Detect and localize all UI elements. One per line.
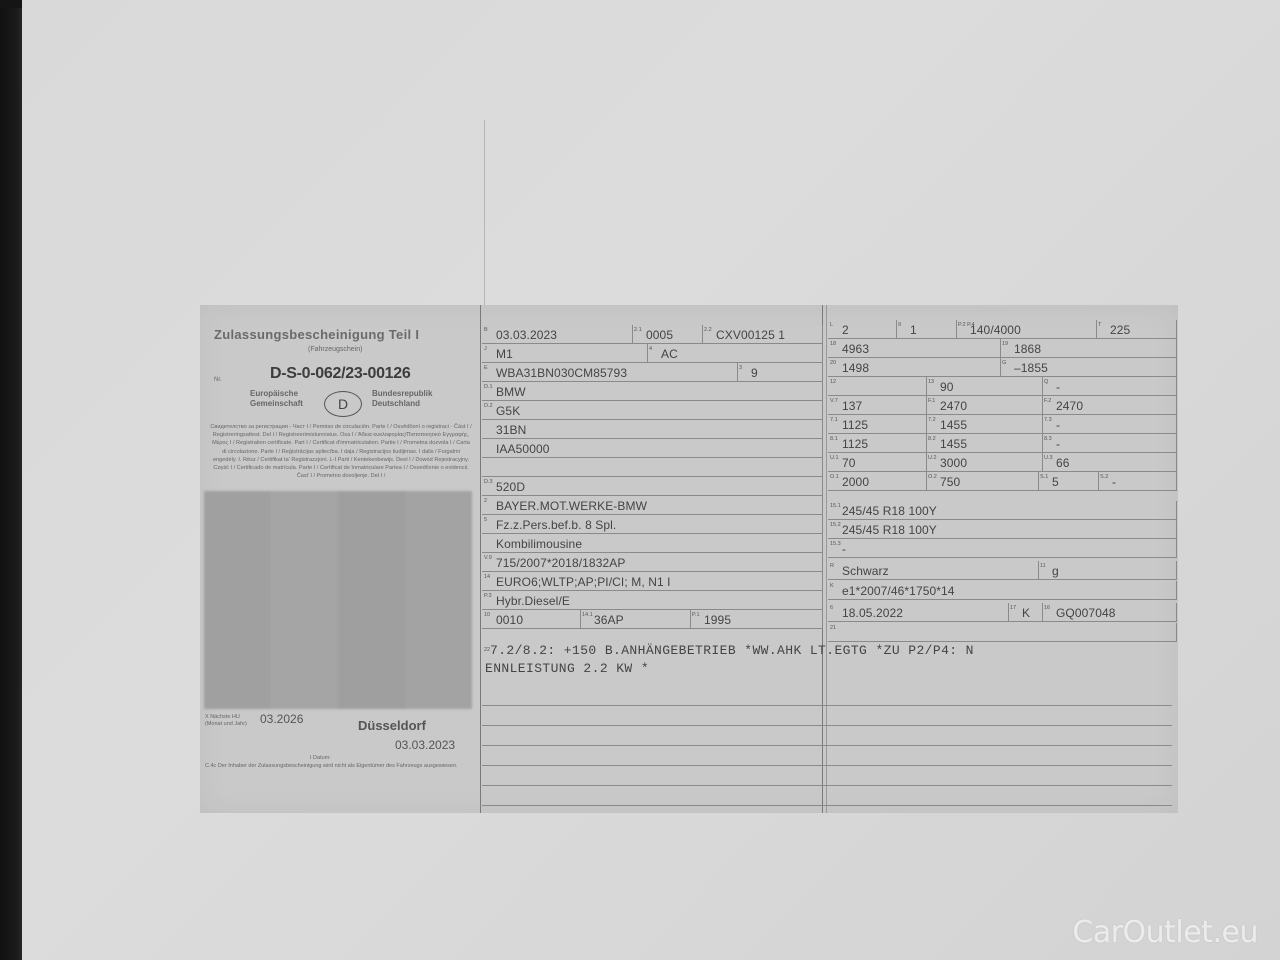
- empty-ruled-line: [482, 687, 1172, 706]
- registration-certificate: Zulassungsbescheinigung Teil I (Fahrzeug…: [200, 305, 1178, 813]
- field-code: 6: [830, 605, 833, 611]
- field-value: 1455: [940, 437, 967, 451]
- field-code: 2.2: [704, 327, 712, 333]
- field-value: 520D: [496, 480, 525, 494]
- field-z1: 2.10005: [632, 325, 703, 344]
- field-value: 66: [1056, 456, 1070, 470]
- field-o2: O.2750: [926, 472, 1039, 491]
- field-code: 15.2: [830, 522, 841, 528]
- field-value: g: [1052, 564, 1059, 578]
- field-code: T: [1098, 322, 1101, 328]
- field-code: F.1: [928, 398, 935, 404]
- field-f18: 184963: [828, 339, 1001, 358]
- field-f12: 12: [828, 377, 927, 396]
- field-value: BMW: [496, 385, 526, 399]
- field-f153: 15.3-: [828, 539, 1177, 558]
- field-code: 8.2: [928, 436, 936, 442]
- field-value: 2000: [842, 475, 869, 489]
- field-value: M1: [496, 347, 513, 361]
- field-value: –1855: [1014, 361, 1048, 375]
- field-f73: 7.3-: [1042, 415, 1177, 434]
- field-code: V.9: [484, 555, 492, 561]
- field-f19: 191868: [1000, 339, 1177, 358]
- field-code: V.7: [830, 398, 838, 404]
- field-f10: 100010: [482, 610, 581, 629]
- field-code: 2: [484, 498, 487, 504]
- field-z2: 2.2CXV00125 1: [702, 325, 823, 344]
- field-f21: 21: [828, 623, 1177, 642]
- field-value: 2470: [940, 399, 967, 413]
- field-code: 5: [484, 517, 487, 523]
- field-f20: 201498: [828, 358, 1001, 377]
- field-value: Kombilimousine: [496, 537, 582, 551]
- certificate-subtitle: (Fahrzeugschein): [308, 346, 362, 353]
- field-d1: D.1BMW: [482, 382, 823, 401]
- country-code-oval: D: [324, 391, 362, 417]
- field-code: 8.1: [830, 436, 838, 442]
- field-code: O.1: [830, 474, 839, 480]
- field-22-line2: ENNLEISTUNG 2.2 KW *: [485, 661, 649, 676]
- field-p24: P.2 P.4140/4000: [956, 320, 1097, 339]
- field-code: R: [830, 563, 834, 569]
- eu-label: Europäische Gemeinschaft: [250, 389, 320, 409]
- field-code: Q: [1044, 379, 1048, 385]
- issue-date: 03.03.2023: [395, 738, 455, 752]
- datum-label: I Datum:: [310, 755, 331, 761]
- field-code: 4: [649, 346, 652, 352]
- field-code: 21: [830, 625, 836, 631]
- empty-ruled-line: [482, 727, 1172, 746]
- field-f5b: Kombilimousine: [482, 534, 823, 553]
- field-k: Ke1*2007/46*1750*14: [828, 581, 1177, 600]
- field-value: 4963: [842, 342, 869, 356]
- field-value: 9: [751, 366, 758, 380]
- field-b: B03.03.2023: [482, 325, 633, 344]
- certificate-number: D-S-0-062/23-00126: [270, 365, 410, 383]
- redacted-area: [204, 491, 472, 709]
- field-code: J: [484, 346, 487, 352]
- field-value: G5K: [496, 404, 520, 418]
- paper-fold-line: [484, 120, 485, 310]
- field-s1: S.15: [1038, 472, 1099, 491]
- field-v9: V.9715/2007*2018/1832AP: [482, 553, 823, 572]
- certificate-header-panel: Zulassungsbescheinigung Teil I (Fahrzeug…: [200, 305, 472, 813]
- field-value: 1995: [704, 613, 731, 627]
- field-code: F.2: [1044, 398, 1051, 404]
- field-f17: 17K: [1008, 603, 1043, 622]
- multilingual-text: Свидетелство за регистрация - Част I / P…: [210, 423, 472, 480]
- field-f5a: 5Fz.z.Pers.bef.b. 8 Spl.: [482, 515, 823, 534]
- owner-note: C.4c Der Inhaber der Zulassungsbescheini…: [205, 763, 465, 771]
- field-value: 1498: [842, 361, 869, 375]
- field-value: 715/2007*2018/1832AP: [496, 556, 625, 570]
- field-code: 9: [898, 322, 901, 328]
- field-f83: 8.3-: [1042, 434, 1177, 453]
- field-code: 7.1: [830, 417, 838, 423]
- field-code: 11: [1040, 563, 1046, 569]
- next-inspection-label: X Nächste HU (Monat und Jahr): [205, 714, 257, 728]
- field-value: 5: [1052, 475, 1059, 489]
- field-r: RSchwarz: [828, 561, 1039, 580]
- field-f1: F.12470: [926, 396, 1043, 415]
- field-value: -: [1056, 418, 1060, 432]
- field-l: L2: [828, 320, 897, 339]
- field-code: 3: [739, 365, 742, 371]
- field-g: G–1855: [1000, 358, 1177, 377]
- field-value: K: [1022, 606, 1030, 620]
- field-f152: 15.2245/45 R18 100Y: [828, 520, 1177, 539]
- field-value: 36AP: [594, 613, 624, 627]
- field-code: 7.2: [928, 417, 936, 423]
- field-q: Q-: [1042, 377, 1177, 396]
- field-value: 03.03.2023: [496, 328, 557, 342]
- field-code: U.3: [1044, 455, 1053, 461]
- field-value: 18.05.2022: [842, 606, 903, 620]
- field-value: e1*2007/46*1750*14: [842, 584, 955, 598]
- field-value: 3000: [940, 456, 967, 470]
- field-code: O.2: [928, 474, 937, 480]
- field-value: 0005: [646, 328, 673, 342]
- field-value: -: [842, 542, 846, 556]
- field-code: B: [484, 327, 488, 333]
- field-code: 12: [830, 379, 836, 385]
- next-inspection-value: 03.2026: [260, 712, 303, 726]
- field-f4: 4AC: [647, 344, 823, 363]
- field-code: S.1: [1040, 474, 1048, 480]
- certificate-title: Zulassungsbescheinigung Teil I: [214, 327, 419, 342]
- empty-ruled-line: [482, 747, 1172, 766]
- column-divider: [480, 305, 481, 813]
- field-value: 1125: [842, 437, 868, 451]
- field-e: EWBA31BN030CM85793: [482, 363, 738, 382]
- field-value: 750: [940, 475, 960, 489]
- field-f13: 1390: [926, 377, 1043, 396]
- field-code: D.1: [484, 384, 493, 390]
- empty-ruled-line: [482, 787, 1172, 806]
- field-code: S.2: [1100, 474, 1108, 480]
- field-d2b: 31BN: [482, 420, 823, 439]
- field-v7: V.7137: [828, 396, 927, 415]
- field-value: -: [1056, 380, 1060, 394]
- field-f82: 8.21455: [926, 434, 1043, 453]
- field-d2a: D.2G5K: [482, 401, 823, 420]
- field-code: 15.1: [830, 503, 841, 509]
- field-22-line1: 7.2/8.2: +150 B.ANHÄNGEBETRIEB *WW.AHK L…: [490, 643, 974, 658]
- field-value: -: [1056, 437, 1060, 451]
- field-f3: 39: [737, 363, 823, 382]
- field-value: EURO6;WLTP;AP;PI/CI; M, N1 I: [496, 575, 671, 589]
- field-f6: 618.05.2022: [828, 603, 1009, 622]
- field-code: L: [830, 322, 833, 328]
- field-code: 7.3: [1044, 417, 1052, 423]
- field-value: Hybr.Diesel/E: [496, 594, 570, 608]
- field-f71: 7.11125: [828, 415, 927, 434]
- number-label: Nr.: [214, 377, 222, 383]
- field-value: IAA50000: [496, 442, 550, 456]
- field-value: GQ007048: [1056, 606, 1116, 620]
- field-d3: D.3520D: [482, 477, 823, 496]
- field-f81: 8.11125: [828, 434, 927, 453]
- field-empty: [482, 458, 823, 477]
- field-value: 1125: [842, 418, 868, 432]
- field-code: 13: [928, 379, 934, 385]
- field-f11: 11g: [1038, 561, 1177, 580]
- field-f16: 16GQ007048: [1042, 603, 1177, 622]
- field-p1: P.11995: [690, 610, 823, 629]
- field-value: Fz.z.Pers.bef.b. 8 Spl.: [496, 518, 616, 532]
- field-value: 245/45 R18 100Y: [842, 523, 937, 537]
- field-o1: O.12000: [828, 472, 927, 491]
- empty-ruled-line: [482, 767, 1172, 786]
- field-code: P.1: [692, 612, 700, 618]
- field-code: 10: [484, 612, 490, 618]
- field-value: WBA31BN030CM85793: [496, 366, 627, 380]
- issuing-city: Düsseldorf: [358, 718, 426, 733]
- background-dark-edge: [0, 0, 24, 960]
- field-value: BAYER.MOT.WERKE-BMW: [496, 499, 647, 513]
- field-code: 18: [830, 341, 836, 347]
- field-code: 15.3: [830, 541, 841, 547]
- field-value: 0010: [496, 613, 523, 627]
- field-code: 2.1: [634, 327, 642, 333]
- empty-ruled-line: [482, 707, 1172, 726]
- field-value: 140/4000: [970, 323, 1021, 337]
- field-code: 17: [1010, 605, 1016, 611]
- field-code: D.2: [484, 403, 493, 409]
- field-code: 16: [1044, 605, 1050, 611]
- field-value: CXV00125 1: [716, 328, 785, 342]
- field-code: K: [830, 583, 834, 589]
- field-u2: U.23000: [926, 453, 1043, 472]
- field-22-remarks: 22 7.2/8.2: +150 B.ANHÄNGEBETRIEB *WW.AH…: [482, 645, 1172, 685]
- field-code: G: [1002, 360, 1006, 366]
- field-u1: U.170: [828, 453, 927, 472]
- field-code: 19: [1002, 341, 1008, 347]
- field-f141: 14.136AP: [580, 610, 691, 629]
- field-p3: P.3Hybr.Diesel/E: [482, 591, 823, 610]
- field-code: 14: [484, 574, 490, 580]
- field-code: U.2: [928, 455, 937, 461]
- field-value: 137: [842, 399, 862, 413]
- field-code: 14.1: [582, 612, 593, 618]
- country-label: Bundesrepublik Deutschland: [372, 389, 452, 409]
- field-value: 70: [842, 456, 856, 470]
- field-code: 8.3: [1044, 436, 1052, 442]
- field-value: 2: [842, 323, 849, 337]
- field-code: E: [484, 365, 488, 371]
- field-d2c: IAA50000: [482, 439, 823, 458]
- field-code: D.3: [484, 479, 493, 485]
- field-value: 31BN: [496, 423, 526, 437]
- field-f14: 14EURO6;WLTP;AP;PI/CI; M, N1 I: [482, 572, 823, 591]
- field-f9: 91: [896, 320, 957, 339]
- field-value: 90: [940, 380, 954, 394]
- field-value: 1868: [1014, 342, 1041, 356]
- field-value: 1455: [940, 418, 967, 432]
- field-value: 1: [910, 323, 917, 337]
- field-t: T225: [1096, 320, 1177, 339]
- field-value: 225: [1110, 323, 1130, 337]
- field-f72: 7.21455: [926, 415, 1043, 434]
- field-u3: U.366: [1042, 453, 1177, 472]
- field-j: JM1: [482, 344, 648, 363]
- field-code: U.1: [830, 455, 839, 461]
- field-code: 20: [830, 360, 836, 366]
- field-code: P.3: [484, 593, 492, 599]
- field-value: AC: [661, 347, 678, 361]
- field-value: 245/45 R18 100Y: [842, 504, 937, 518]
- field-s2: S.2-: [1098, 472, 1177, 491]
- field-f2: 2BAYER.MOT.WERKE-BMW: [482, 496, 823, 515]
- watermark-logo: CarOutlet.eu: [1072, 915, 1258, 950]
- field-f2w: F.22470: [1042, 396, 1177, 415]
- field-value: Schwarz: [842, 564, 889, 578]
- field-value: -: [1112, 475, 1116, 489]
- field-value: 2470: [1056, 399, 1083, 413]
- field-f151: 15.1245/45 R18 100Y: [828, 501, 1177, 520]
